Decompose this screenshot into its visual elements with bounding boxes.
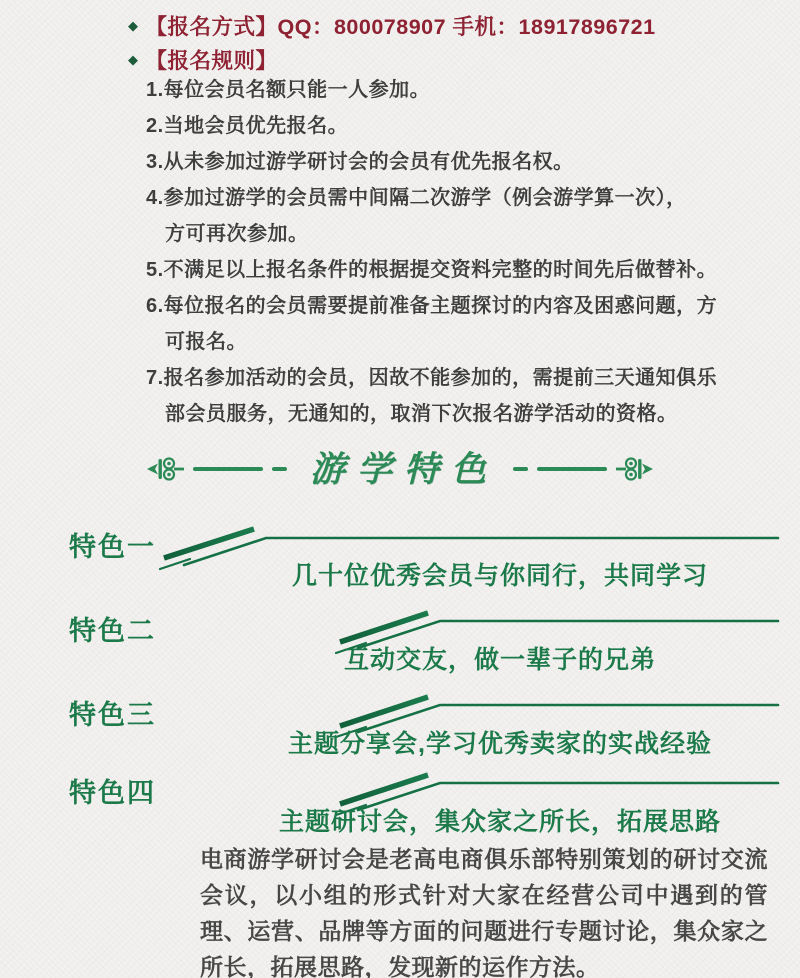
rule-line: 4.参加过游学的会员需中间隔二次游学（例会游学算一次），	[146, 180, 717, 216]
feature-label: 特色二	[69, 609, 156, 648]
feature-label: 特色四	[69, 771, 156, 810]
divider-line	[537, 467, 607, 471]
rule-line-continuation: 部会员服务，无通知的，取消下次报名游学活动的资格。	[146, 396, 717, 432]
rule-line: 2.当地会员优先报名。	[146, 108, 717, 144]
feature-subtitle: 主题分享会,学习优秀卖家的实战经验	[190, 724, 800, 760]
rule-line: 6.每位报名的会员需要提前准备主题探讨的内容及困惑问题，方	[146, 288, 717, 324]
scroll-ornament-right-icon	[616, 454, 654, 484]
feature-block: 特色二 互动交友，做一辈子的兄弟	[0, 600, 800, 684]
rule-line-continuation: 可报名。	[146, 324, 717, 360]
section-title: 游学特色	[296, 452, 504, 487]
divider-line	[513, 467, 528, 471]
poster-page: ◆ 【报名方式】 QQ：800078907 手机：18917896721 ◆ 【…	[0, 0, 800, 978]
rule-line: 7.报名参加活动的会员，因故不能参加的，需提前三天通知俱乐	[146, 360, 717, 396]
feature-block: 特色四 主题研讨会，集众家之所长，拓展思路	[0, 762, 800, 846]
diamond-bullet-icon: ◆	[128, 19, 139, 32]
closing-paragraph: 电商游学研讨会是老高电商俱乐部特别策划的研讨交流会议，以小组的形式针对大家在经营…	[200, 841, 768, 978]
feature-subtitle: 主题研讨会，集众家之所长，拓展思路	[190, 802, 800, 838]
feature-label: 特色三	[69, 693, 156, 732]
rule-line: 5.不满足以上报名条件的根据提交资料完整的时间先后做替补。	[146, 252, 717, 288]
rule-line-continuation: 方可再次参加。	[146, 216, 717, 252]
feature-label: 特色一	[69, 525, 156, 564]
signup-method-line: ◆ 【报名方式】 QQ：800078907 手机：18917896721	[128, 10, 656, 41]
rule-line: 3.从未参加过游学研讨会的会员有优先报名权。	[146, 144, 717, 180]
feature-block: 特色一 几十位优秀会员与你同行，共同学习	[0, 516, 800, 600]
signup-rules-header: ◆ 【报名规则】	[128, 44, 278, 75]
feature-subtitle: 互动交友，做一辈子的兄弟	[190, 640, 800, 676]
feature-subtitle: 几十位优秀会员与你同行，共同学习	[190, 556, 800, 592]
rules-list: 1.每位会员名额只能一人参加。 2.当地会员优先报名。 3.从未参加过游学研讨会…	[146, 72, 717, 432]
scroll-ornament-left-icon	[146, 454, 184, 484]
rule-line: 1.每位会员名额只能一人参加。	[146, 72, 717, 108]
signup-method-label: 【报名方式】	[146, 10, 278, 41]
signup-method-contacts: QQ：800078907 手机：18917896721	[278, 10, 656, 41]
divider-line	[193, 467, 263, 471]
feature-block: 特色三 主题分享会,学习优秀卖家的实战经验	[0, 684, 800, 768]
signup-rules-label: 【报名规则】	[146, 44, 278, 75]
diamond-bullet-icon: ◆	[128, 53, 139, 66]
divider-line	[272, 467, 287, 471]
section-divider: 游学特色	[0, 444, 800, 494]
